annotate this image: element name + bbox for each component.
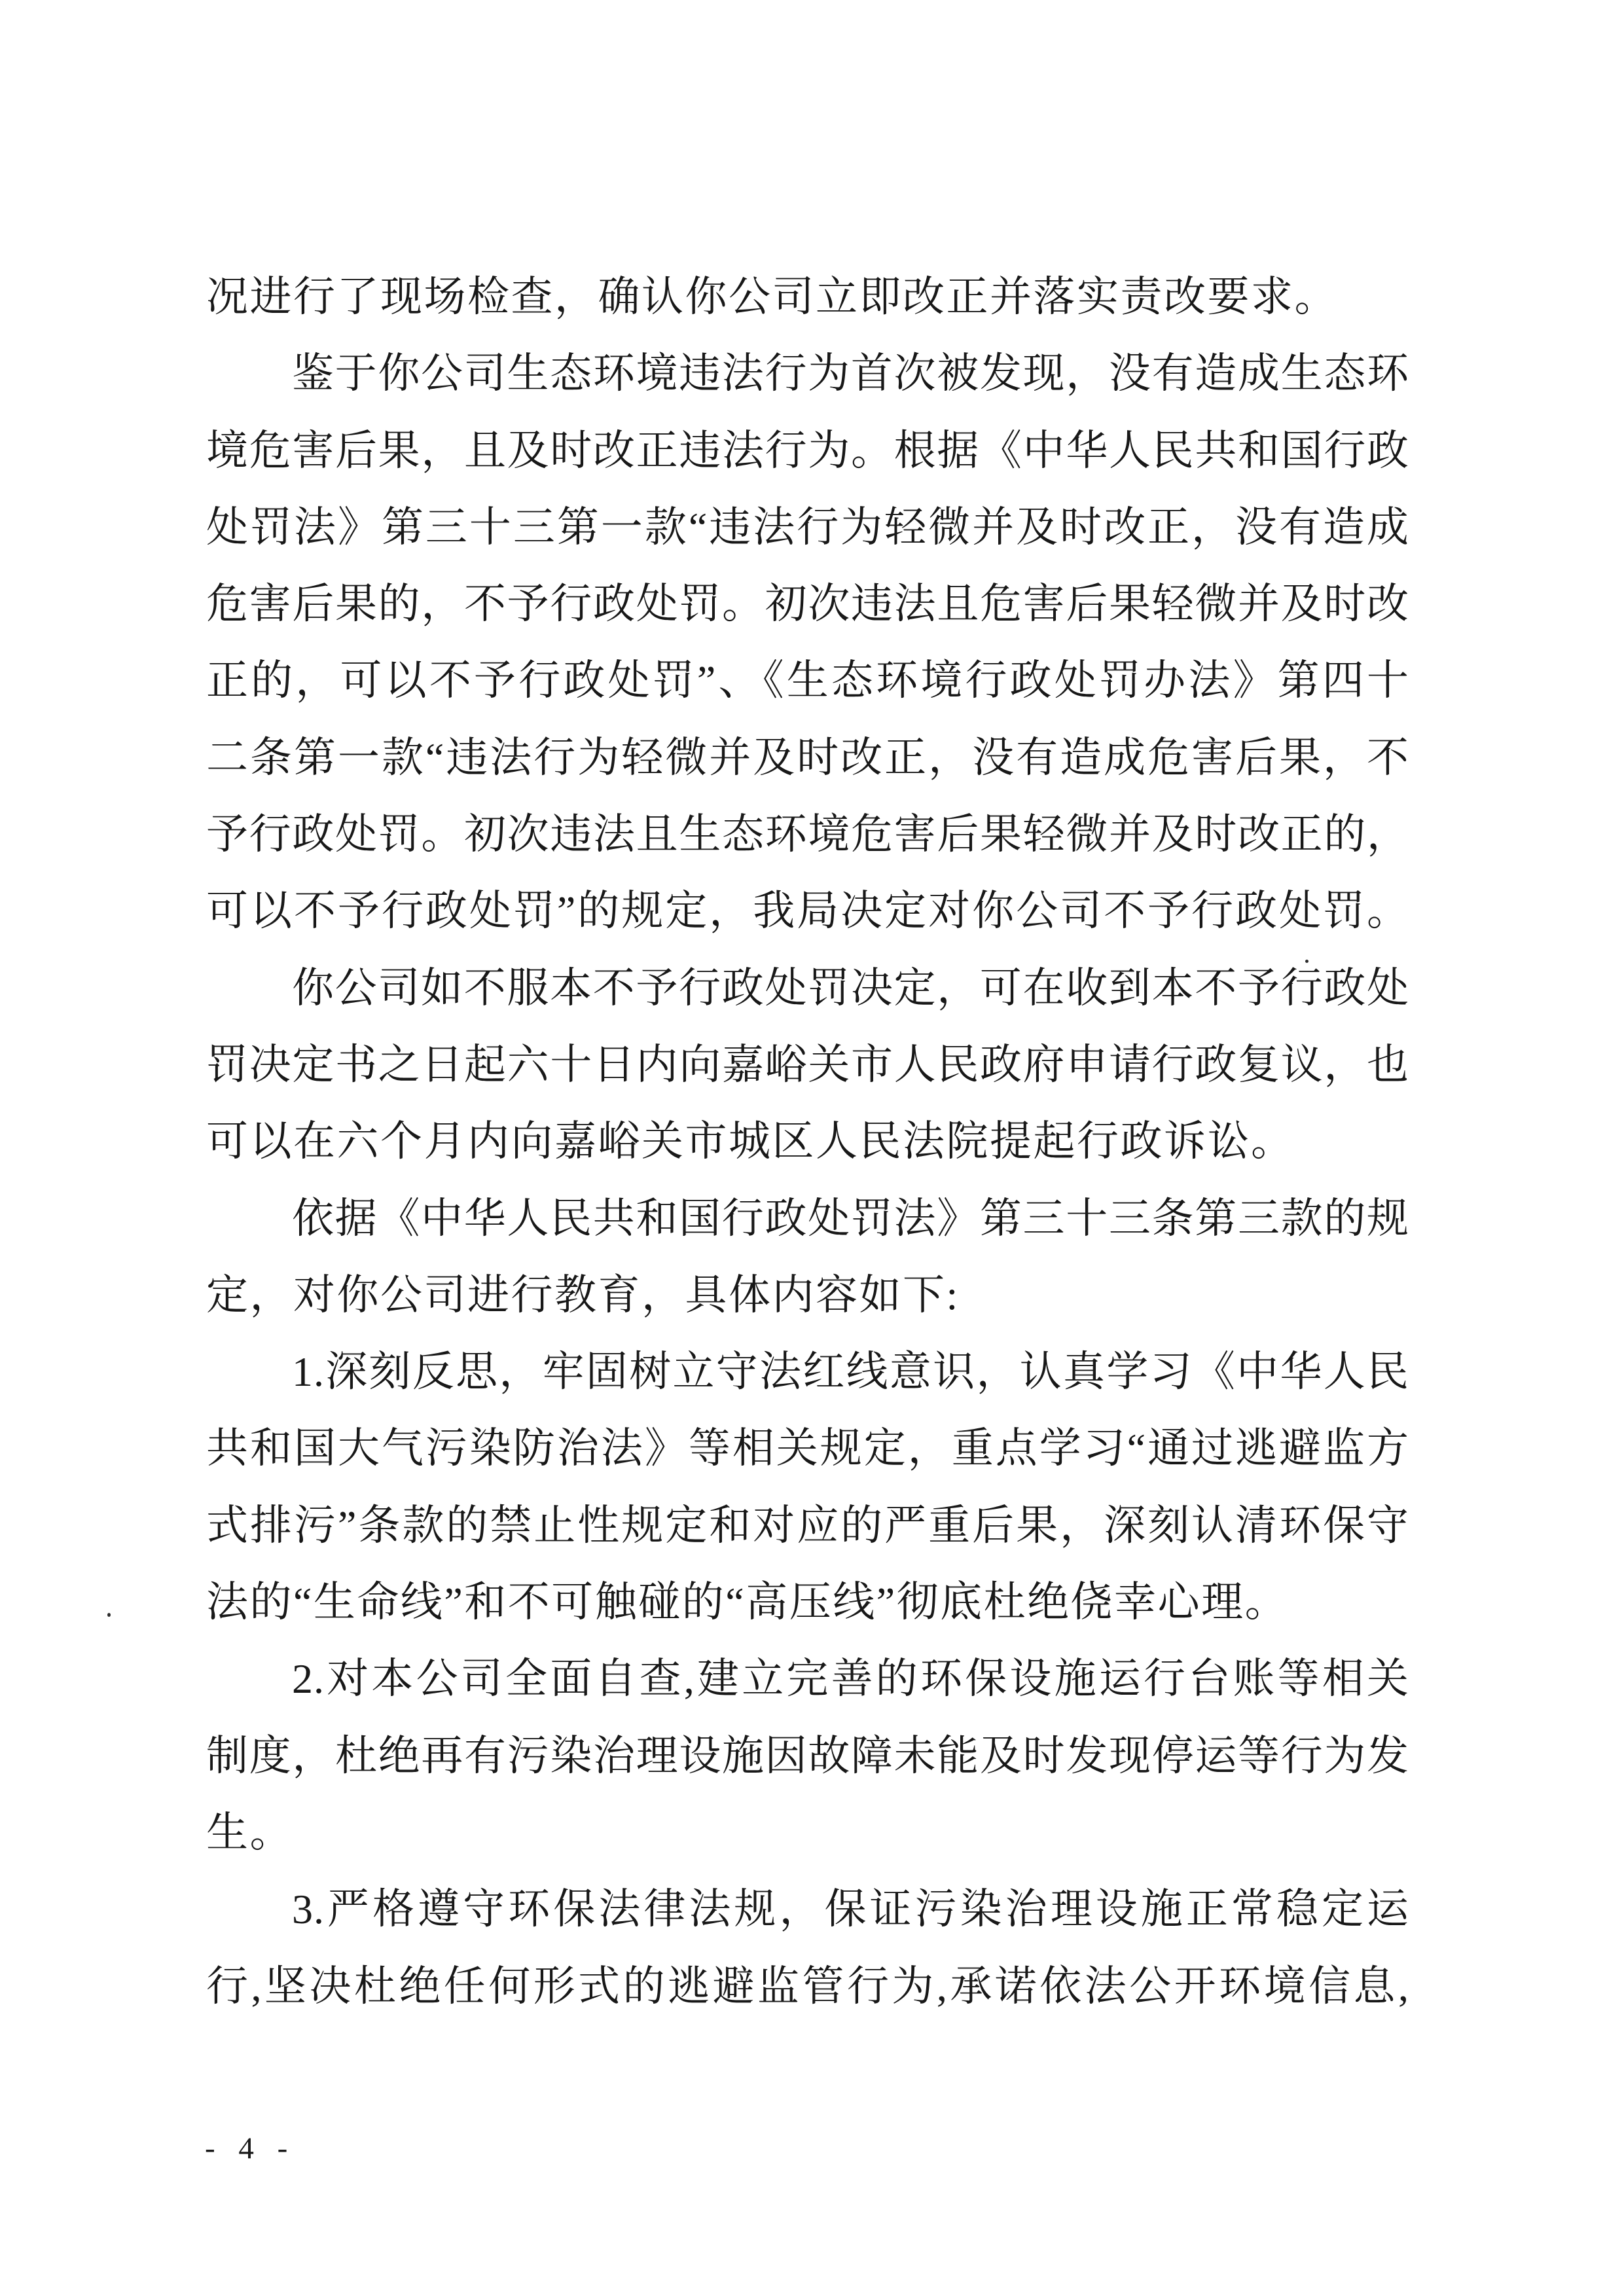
text-line: 生。 xyxy=(206,1794,1409,1871)
text-line: 处罚法》第三十三第一款“违法行为轻微并及时改正，没有造成 xyxy=(206,489,1409,566)
text-line: 可以在六个月内向嘉峪关市城区人民法院提起行政诉讼。 xyxy=(206,1103,1409,1180)
text-line: 可以不予行政处罚”的规定，我局决定对你公司不予行政处罚。 xyxy=(206,873,1409,949)
scan-speck xyxy=(107,1613,111,1617)
document-body: 况进行了现场检查，确认你公司立即改正并落实责改要求。 鉴于你公司生态环境违法行为… xyxy=(206,259,1409,2025)
text-line: 制度，杜绝再有污染治理设施因故障未能及时发现停运等行为发 xyxy=(206,1718,1409,1794)
page-number: - 4 - xyxy=(205,2129,290,2168)
text-line: 二条第一款“违法行为轻微并及时改正，没有造成危害后果，不 xyxy=(206,719,1409,796)
text-line: 危害后果的，不予行政处罚。初次违法且危害后果轻微并及时改 xyxy=(206,566,1409,642)
scan-speck xyxy=(1305,960,1308,963)
text-line: 共和国大气污染防治法》等相关规定，重点学习“通过逃避监方 xyxy=(206,1410,1409,1487)
text-line: 3.严格遵守环保法律法规，保证污染治理设施正常稳定运 xyxy=(206,1871,1409,1947)
text-line: 你公司如不服本不予行政处罚决定，可在收到本不予行政处 xyxy=(206,950,1409,1026)
text-line: 境危害后果，且及时改正违法行为。根据《中华人民共和国行政 xyxy=(206,412,1409,489)
text-line: 鉴于你公司生态环境违法行为首次被发现，没有造成生态环 xyxy=(206,335,1409,412)
text-line: 正的，可以不予行政处罚”、《生态环境行政处罚办法》第四十 xyxy=(206,642,1409,719)
scanned-document-page: 况进行了现场检查，确认你公司立即改正并落实责改要求。 鉴于你公司生态环境违法行为… xyxy=(0,0,1624,2295)
text-line: 法的“生命线”和不可触碰的“高压线”彻底杜绝侥幸心理。 xyxy=(206,1564,1409,1640)
text-line: 2.对本公司全面自查,建立完善的环保设施运行台账等相关 xyxy=(206,1640,1409,1717)
text-line: 行,坚决杜绝任何形式的逃避监管行为,承诺依法公开环境信息, xyxy=(206,1948,1409,2025)
text-line: 罚决定书之日起六十日内向嘉峪关市人民政府申请行政复议，也 xyxy=(206,1026,1409,1103)
text-line: 式排污”条款的禁止性规定和对应的严重后果，深刻认清环保守 xyxy=(206,1487,1409,1564)
text-line: 况进行了现场检查，确认你公司立即改正并落实责改要求。 xyxy=(206,259,1409,335)
text-line: 依据《中华人民共和国行政处罚法》第三十三条第三款的规 xyxy=(206,1180,1409,1257)
text-line: 予行政处罚。初次违法且生态环境危害后果轻微并及时改正的， xyxy=(206,796,1409,873)
text-line: 定，对你公司进行教育，具体内容如下: xyxy=(206,1257,1409,1333)
text-line: 1.深刻反思，牢固树立守法红线意识，认真学习《中华人民 xyxy=(206,1333,1409,1410)
